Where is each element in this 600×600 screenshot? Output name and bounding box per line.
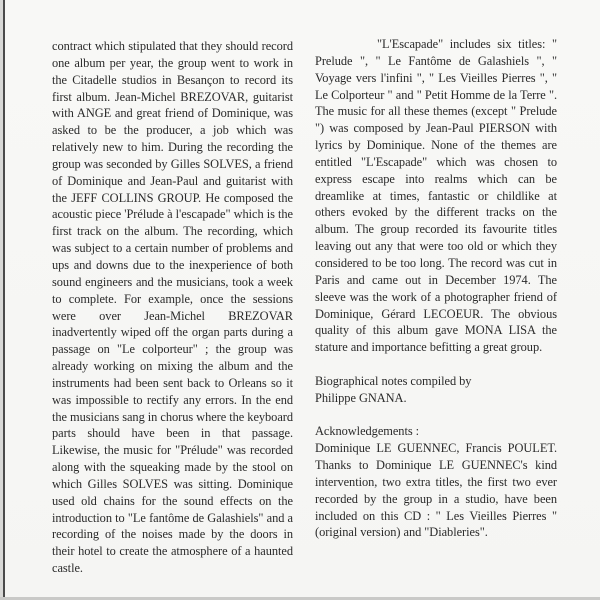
booklet-page: contract which stipulated that they shou… [0,0,600,600]
history-paragraph: contract which stipulated that they shou… [52,38,293,577]
left-column: contract which stipulated that they shou… [52,38,293,577]
credits-author: Philippe GNANA. [315,390,557,407]
acknowledgements-heading: Acknowledgements : [315,423,557,440]
acknowledgements-body: Dominique LE GUENNEC, Francis POULET. Th… [315,440,557,541]
right-column: "L'Escapade" includes six titles: " Prel… [315,36,557,541]
spacer [315,407,557,424]
album-titles-paragraph: "L'Escapade" includes six titles: " Prel… [315,36,557,356]
binding-line [3,0,5,600]
spacer [315,356,557,373]
credits-line: Biographical notes compiled by [315,373,557,390]
